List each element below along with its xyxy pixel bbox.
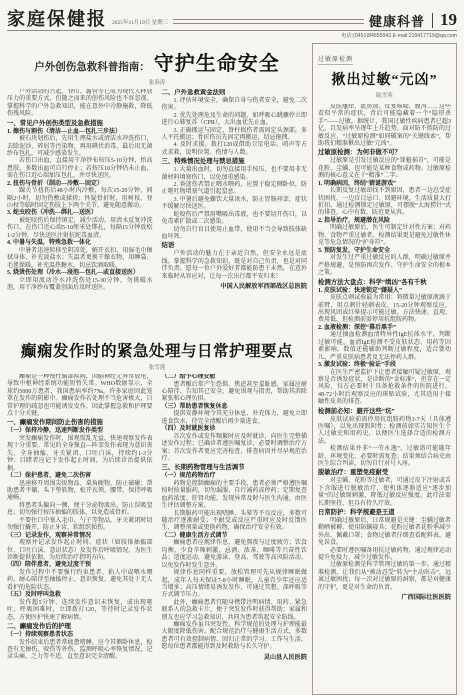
article-paragraph: 发作结束后患者常疲惫嗜睡，应令其侧卧休息，检查有无擦伤、咬伤等外伤，监测呼吸心率… <box>7 640 153 662</box>
sub-heading: （二）给予心理安慰 <box>162 374 308 382</box>
article-paragraph: 癫痫是一种慢性脑部疾病，因脑神经元异常放电，导致中枢神经系统功能短暂失常。WHO… <box>7 374 153 418</box>
article-paragraph: 2. 昏迷伤者禁止喂水喂药，应置于稳定侧卧位，防止呕吐物堵塞气道引起窒息。 <box>162 182 308 197</box>
section-heading: 脱敏治疗：重塑免疫耐受 <box>318 469 451 477</box>
article-paragraph: 切勿自行盲目使用止血带，使用不当会导致肢体缺血坏死。 <box>162 227 308 242</box>
issue-date: 2025年11月19日 星期三 <box>112 18 168 28</box>
article-paragraph: 踝关节扭伤后48小时内冷敷，每次15-20分钟，间隔2小时，切勿热敷或揉搓；怀疑… <box>7 188 153 210</box>
article2-author: 张雪莲 <box>7 363 307 371</box>
article3-headline: 揪出过敏“元凶” <box>318 69 451 89</box>
article-paragraph: 1. 评估环境安全，确保自身与伤者安全，避免二次伤害。 <box>162 98 308 113</box>
article-paragraph: 若伤口出血，直接用干净纱布按压5-10分钟，抬高患肢，多数出血可自行停止；若按压… <box>7 158 153 180</box>
article3-author: 陆雪英 <box>318 91 451 99</box>
article-paragraph: 被蛇咬伤后保持镇定，减少活动，用清水反复冲洗伤口，在伤口近心端5-10厘米处绑扎… <box>7 218 153 240</box>
contact-text: 电话:(0451)84655043 E-mail:219417719@qq.co… <box>341 33 457 39</box>
newspaper-page: 家庭保健报 2025年11月19日 星期三 健康科普 19 电话:(0451)8… <box>0 0 464 695</box>
sub-heading: （五）及时呼叫急救 <box>7 592 153 600</box>
article-paragraph: 过敏原检测是科学管理过敏的第一步。通过精准检测，让我们从“被动忍受”转为“主动出… <box>318 562 451 592</box>
article-paragraph: 药物是控制癫痫的主要手段，患者必须严格遵医嘱按时按量服药，切勿漏服、自行减药或停… <box>162 481 308 511</box>
section-heading: 检测前必知：避开这些“坑” <box>318 408 451 416</box>
article-paragraph: 此外，癫痫患者宜随身携带注明病情、用药、紧急联系人的急救卡片，便于突发发作时获得… <box>162 600 308 622</box>
article3-body: 皮肤瘙痒、流鼻涕、反复咳喘、腹泻……这些看似平常的症状，背后可能隐藏着一个“隐形… <box>318 104 451 690</box>
article-paragraph: 迅速移开周围尖锐物品、桌角硬物，防止磕碰；帮助患者平躺，头下垫软物，松开衣领、腰… <box>7 481 153 503</box>
article-paragraph: 提供安静环境令其充分休息、补充体力，避免立即进食饮水，待完全清醒后再少量进食。 <box>162 411 308 426</box>
article-paragraph: 明确过敏原后，日常规避是关键：尘螨过敏者勤晒被褥、使用防螨寝具；花粉过敏者花粉季… <box>318 518 451 548</box>
sub-heading: （三）记录发作，观察异常情况 <box>7 533 153 541</box>
sub-heading: 1. 皮肤试验：快速锁定“嫌疑人” <box>318 288 451 296</box>
article-paragraph: 突发癫痫发作时，围观慌乱无益，快速观察发作表现十分重要。常见的全身强直—阵挛发作… <box>7 436 153 473</box>
article-paragraph: 长期反复过敏却找不到原因，患者一边忍受症状困扰，一边盲目忌口、回避环境，生活质量… <box>318 188 451 218</box>
article-paragraph: 明确过敏原后，医生可制定针对性方案；对药物、食物严重过敏者，检测结果更是避免过敏… <box>318 225 451 247</box>
section-heading: 结语 <box>162 242 308 250</box>
section-heading: 日常防护：科学规避是王道 <box>318 509 451 517</box>
article-paragraph: 皮肤试验前需停用抗组胺药物3-7天（具体遵医嘱），以免出现假阴性；检测前如实告知… <box>318 417 451 447</box>
article-paragraph: 被石块划伤后，先用生理盐水或清洁水冲洗伤口，去除泥沙、碎屑等污染物，再用碘伏消毒… <box>7 136 153 158</box>
page-content: 户外创伤急救科普指南： 守护生命安全 张春涛 户外活动的兴起，登山、露营等已成为… <box>7 43 457 695</box>
article3-kicker: 过敏原检测 <box>318 54 353 65</box>
article-paragraph: 中暑者迅速转移至阴凉处，解开衣扣，用湿毛巾擦拭身体，补充淡盐水；失温者更换干燥衣… <box>7 248 153 270</box>
article-paragraph: 对尘螨、花粉等过敏者，可通过皮下注射或舌下含服进行脱敏治疗，使机体逐渐适应“逐步… <box>318 478 451 508</box>
article-paragraph: 蛇咬伤后严禁用嘴吸出毒液，也不要切开伤口，以免毒素扩散或二次感染。 <box>162 212 308 227</box>
section-heading: 一、常见户外创伤类型及急救措施 <box>7 120 153 128</box>
article1-headline: 守护生命安全 <box>154 47 280 76</box>
article-paragraph: 2. 优先处理危及生命的问题，如呼吸心跳骤停立即进行心肺复苏（CPR），大出血优… <box>162 113 308 128</box>
sub-heading: （四）及时就医复诊 <box>162 426 308 434</box>
article-paragraph: 癫痫患者应规律作息，避免熬夜与过度疲劳；饮食均衡，少食辛辣刺激，忌酒、浓茶、咖啡… <box>162 540 308 570</box>
article-paragraph: 立即用流动冷水冲洗伤处15-30分钟，勿挑破水泡，用干净纱布覆盖创面后及时送医。 <box>7 278 153 293</box>
article-paragraph: 首次发作或发作频繁时应及时就诊，向医生完整描述发作过程；已确诊者遵医嘱复诊，必要… <box>162 434 308 464</box>
article-paragraph: 4. 及时求援，拨打120或借助卫星电话、哨声等方式求救，说明位置、伤情与人数。 <box>162 142 308 157</box>
article-allergy-testing-box: 过敏原检测 揪出过敏“元凶” 陆雪英 皮肤瘙痒、流鼻涕、反复咳喘、腹泻……这些看… <box>312 43 457 695</box>
article1-kicker: 户外创伤急救科普指南： <box>34 59 150 74</box>
left-column: 户外创伤急救科普指南： 守护生命安全 张春涛 户外活动的兴起，登山、露营等已成为… <box>7 43 307 695</box>
article-signature: 广西国际壮医医院 <box>318 594 451 602</box>
article-paragraph: 户外活动的兴起，登山、露营等已成为现代人释放压力的重要方式，但随之而来的创伤风险… <box>7 89 153 119</box>
sub-heading: 4. 中暑与失温，特殊急救一体化 <box>7 240 153 248</box>
section-heading: 三、长期药物管理与生活调节 <box>162 464 308 472</box>
article-outdoor-first-aid: 户外创伤急救科普指南： 守护生命安全 张春涛 户外活动的兴起，登山、露营等已成为… <box>7 43 307 333</box>
masthead-divider <box>432 13 433 28</box>
sub-heading: 5. 烧烫伤处理（冷水—浸泡—包扎—或直接送医） <box>7 270 153 278</box>
paper-name: 家庭保健报 <box>7 10 107 28</box>
article-signature: 中国人民解放军西部战区总医院 <box>162 283 308 291</box>
article-paragraph: 发作超5分钟、连续发作意识未恢复，或出现呕吐、呼吸困难时，立即拨打120，等待时… <box>7 600 153 622</box>
article-epilepsy-care: 癫痫发作时的紧急处理与日常护理要点 张雪莲 癫痫是一种慢性脑部疾病，因脑神经元异… <box>7 337 307 695</box>
section-title: 健康科普 <box>369 15 425 28</box>
sub-heading: （一）保持冷静，迅速判断发作类型 <box>7 428 153 436</box>
article-paragraph: 在医生严密监护下让患者接触可疑过敏原，观察是否诱发症状，是诊断的“金标准”，但存… <box>318 370 451 407</box>
masthead-row: 家庭保健报 2025年11月19日 星期三 健康科普 19 <box>7 4 457 28</box>
article3-kicker-row: 过敏原检测 <box>318 48 451 66</box>
article1-author: 张春涛 <box>7 78 307 86</box>
section-heading: 一、癫痫发作期间防止伤害的措施 <box>7 419 153 427</box>
article-paragraph: 发作过程中不要强行约束患者、掐人中或喂水喂药，耐心陪伴至抽搐停止、意识恢复，避免… <box>7 570 153 592</box>
article-paragraph: 观察并记录发作起止时间、症状（如肢体抽搐部位、口吐白沫、意识状态）及发作后呼吸情… <box>7 540 153 562</box>
article-paragraph: 皮肤瘙痒、流鼻涕、反复咳喘、腹泻……这些看似平常的症状，背后可能隐藏着一个“隐形… <box>318 104 451 148</box>
article-paragraph: 检测结果并非“一劳永逸”，过敏谱可能随年龄、环境变化，必要时需复查；结果须结合病… <box>318 446 451 468</box>
article-paragraph: 必要时遵医嘱备用抗过敏药物，通过规律运动提升免疫力，减少过敏发作。 <box>318 548 451 563</box>
article1-headline-row: 户外创伤急救科普指南： 守护生命安全 <box>7 47 307 76</box>
contact-line: 电话:(0451)84655043 E-mail:219417719@qq.co… <box>7 30 457 40</box>
section-heading: 检测方法大盘点：科学“缉凶”各有千秋 <box>318 279 451 287</box>
article-paragraph: 皮肤点刺试验最为常用：将微量过敏原液滴于前臂，用点刺针轻刺表皮，15-20分钟观… <box>318 295 451 325</box>
section-heading: 二、癫痫发作后的护理 <box>7 623 153 631</box>
article1-body: 户外活动的兴起，登山、露营等已成为现代人释放压力的重要方式，但随之而来的创伤风险… <box>7 89 307 333</box>
sub-heading: 3. 激发试验：终极“验证”手段 <box>318 362 451 370</box>
article2-body: 癫痫是一种慢性脑部疾病，因脑神经元异常放电，导致中枢神经系统功能短暂失常。WHO… <box>7 374 307 695</box>
section-heading: 三、特殊情况处理与禁忌措施 <box>162 158 308 166</box>
article-paragraph: 3. 正确搬运与固定，脊柱损伤者需固定头颈部，多人平托搬运；骨折伤员先固定再搬运… <box>162 128 308 143</box>
article-paragraph: 长期服药可能出现嗜睡、头晕等不良反应，多数可随治疗逐渐耐受；不耐受或反应严重时应… <box>162 511 308 533</box>
article-paragraph: 患者醒后常产生恐惧、焦虑甚至羞耻感，家属应耐心陪伴、告知其已安全，避免围观与指责… <box>162 382 308 404</box>
article-paragraph: 规律作息同样重要，放松管理可先从规律睡眠做起，成年人每天保证7-8小时睡眠，儿童… <box>162 570 308 600</box>
article-paragraph: 3. 中暑后避免骤饮大量冰水，防止胃肠痉挛，症状不缓解尽快送医。 <box>162 197 308 212</box>
article-paragraph: 1. 大量出血时，切勿直接用手按压，也不要用非无菌材料填塞伤口，以免加重感染。 <box>162 167 308 182</box>
article-signature: 灵山县人民医院 <box>162 654 308 662</box>
section-heading: 过敏原检测：为何非做不可？ <box>318 149 451 157</box>
sub-heading: 3. 蛇虫咬伤（冲洗—绑扎—送医） <box>7 210 153 218</box>
masthead-double-rule <box>173 19 364 24</box>
article-paragraph: 将患者头偏向一侧，便于分泌物流出，防止误吸窒息；切勿强行按压抽搐的肢体，以免造成… <box>7 503 153 518</box>
section-heading: 二、户外急救黄金法则 <box>162 89 308 97</box>
article2-headline: 癫痫发作时的紧急处理与日常护理要点 <box>7 339 307 361</box>
article-paragraph: 通过抽血检测血清特异性IgE抗体水平，判断过敏可能。血清IgE检测不受皮肤状态、… <box>318 332 451 362</box>
article-paragraph: 不要往口中塞入毛巾、勺子等物品，牙关紧闭时切勿强行撬开，防止牙齿、软组织损伤。 <box>7 518 153 533</box>
article-paragraph: 癫痫发作虽具突发性，科学规范的处理与护理能最大限度降低伤害。配合规范治疗与健康生… <box>162 622 308 652</box>
masthead: 家庭保健报 2025年11月19日 星期三 健康科普 19 电话:(0451)8… <box>7 4 457 40</box>
sub-heading: （一）持续观察患者状态 <box>7 632 153 640</box>
sub-heading: （一）规范药物治疗 <box>162 473 308 481</box>
sub-heading: （四）陪伴患者，避免过度干预 <box>7 562 153 570</box>
sub-heading: （二）保护患者，避免二次伤害 <box>7 473 153 481</box>
page-number: 19 <box>440 11 457 28</box>
article-paragraph: 对发生过严重过敏反应的人群，明确过敏原并严格规避，是预防再次发作、守护生命安全的… <box>318 255 451 277</box>
article-paragraph: 户外活动的魅力在于亲近自然，但安全永远是底线。掌握科学的急救知识，既是对自己负责… <box>162 251 308 281</box>
article-paragraph: 过敏原是引发过敏反应的“罪魁祸首”，可能是花粉、尘螨，也可能是某种食物或药物。过… <box>318 158 451 180</box>
